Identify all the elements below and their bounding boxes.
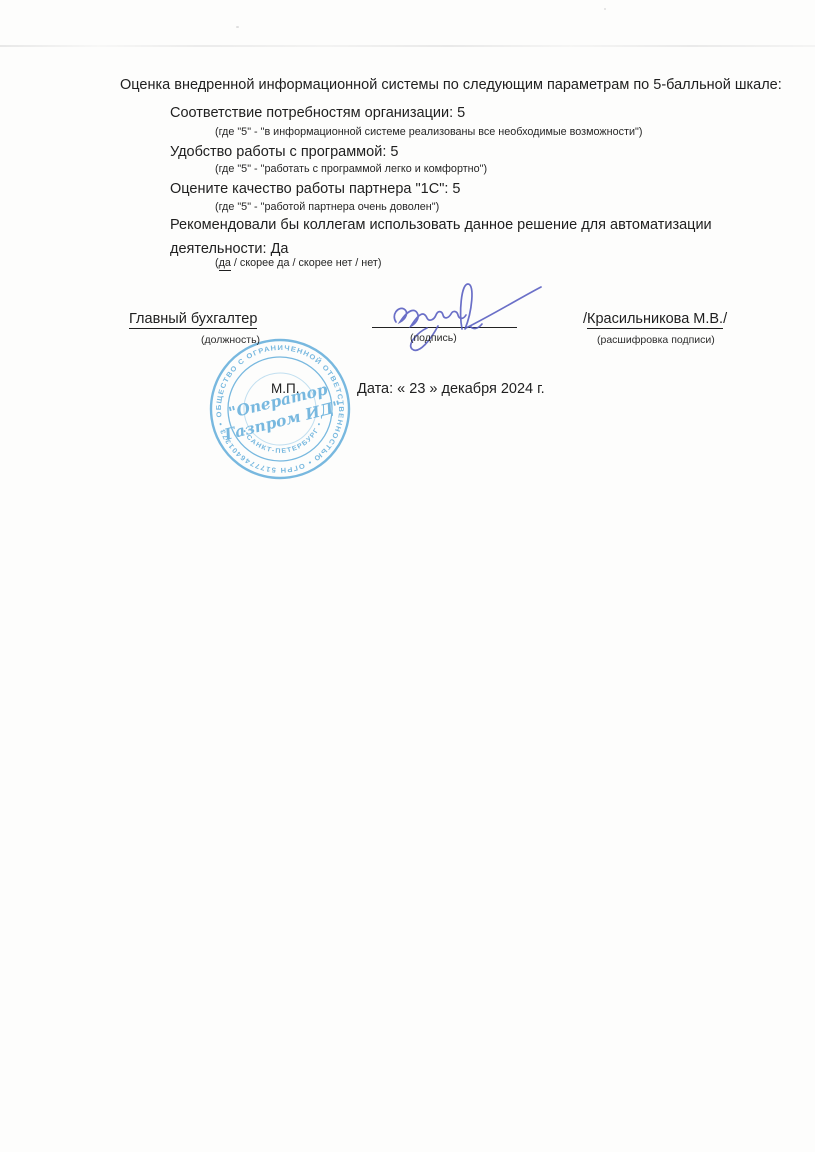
- position-caption: (должность): [201, 334, 260, 346]
- rating-item-4-line1: Рекомендовали бы коллегам использовать д…: [170, 217, 712, 233]
- rating-note-4: (да / скорее да / скорее нет / нет): [215, 257, 381, 269]
- signature-long-stroke: [466, 287, 541, 328]
- signer-name: Красильникова М.В.: [587, 311, 723, 329]
- note4-selected-option: да: [219, 257, 231, 271]
- scan-speck: [604, 8, 606, 10]
- signature-tall-loop: [461, 284, 472, 329]
- name-caption: (расшифровка подписи): [597, 334, 715, 346]
- rating-item-2: Удобство работы с программой: 5: [170, 144, 398, 160]
- signer-name-row: /Красильникова М.В./: [583, 311, 727, 327]
- document-title: Оценка внедренной информационной системы…: [120, 77, 782, 93]
- scan-speck: [236, 26, 239, 28]
- rating-note-3: (где "5" - "работой партнера очень довол…: [215, 201, 439, 213]
- signer-position: Главный бухгалтер: [129, 311, 257, 327]
- date-line: Дата: « 23 » декабря 2024 г.: [357, 381, 545, 397]
- rating-item-3: Оцените качество работы партнера "1С": 5: [170, 181, 460, 197]
- name-slash-close: /: [723, 311, 727, 327]
- signer-position-text: Главный бухгалтер: [129, 311, 257, 329]
- rating-note-2: (где "5" - "работать с программой легко …: [215, 163, 487, 175]
- signature-squiggle: [394, 308, 466, 326]
- note4-rest: / скорее да / скорее нет / нет): [231, 257, 382, 269]
- rating-item-1: Соответствие потребностям организации: 5: [170, 105, 465, 121]
- rating-item-4-line2: деятельности: Да: [170, 241, 288, 257]
- rating-note-1: (где "5" - "в информационной системе реа…: [215, 126, 642, 138]
- handwritten-signature: [385, 272, 555, 362]
- company-stamp: ОБЩЕСТВО С ОГРАНИЧЕННОЙ ОТВЕТСТВЕННОСТЬЮ…: [193, 328, 377, 492]
- scan-artifact-line: [0, 45, 815, 47]
- mp-label: М.П.: [271, 381, 299, 396]
- scanned-document-page: Оценка внедренной информационной системы…: [0, 0, 815, 1152]
- signature-caption: (подпись): [410, 332, 457, 344]
